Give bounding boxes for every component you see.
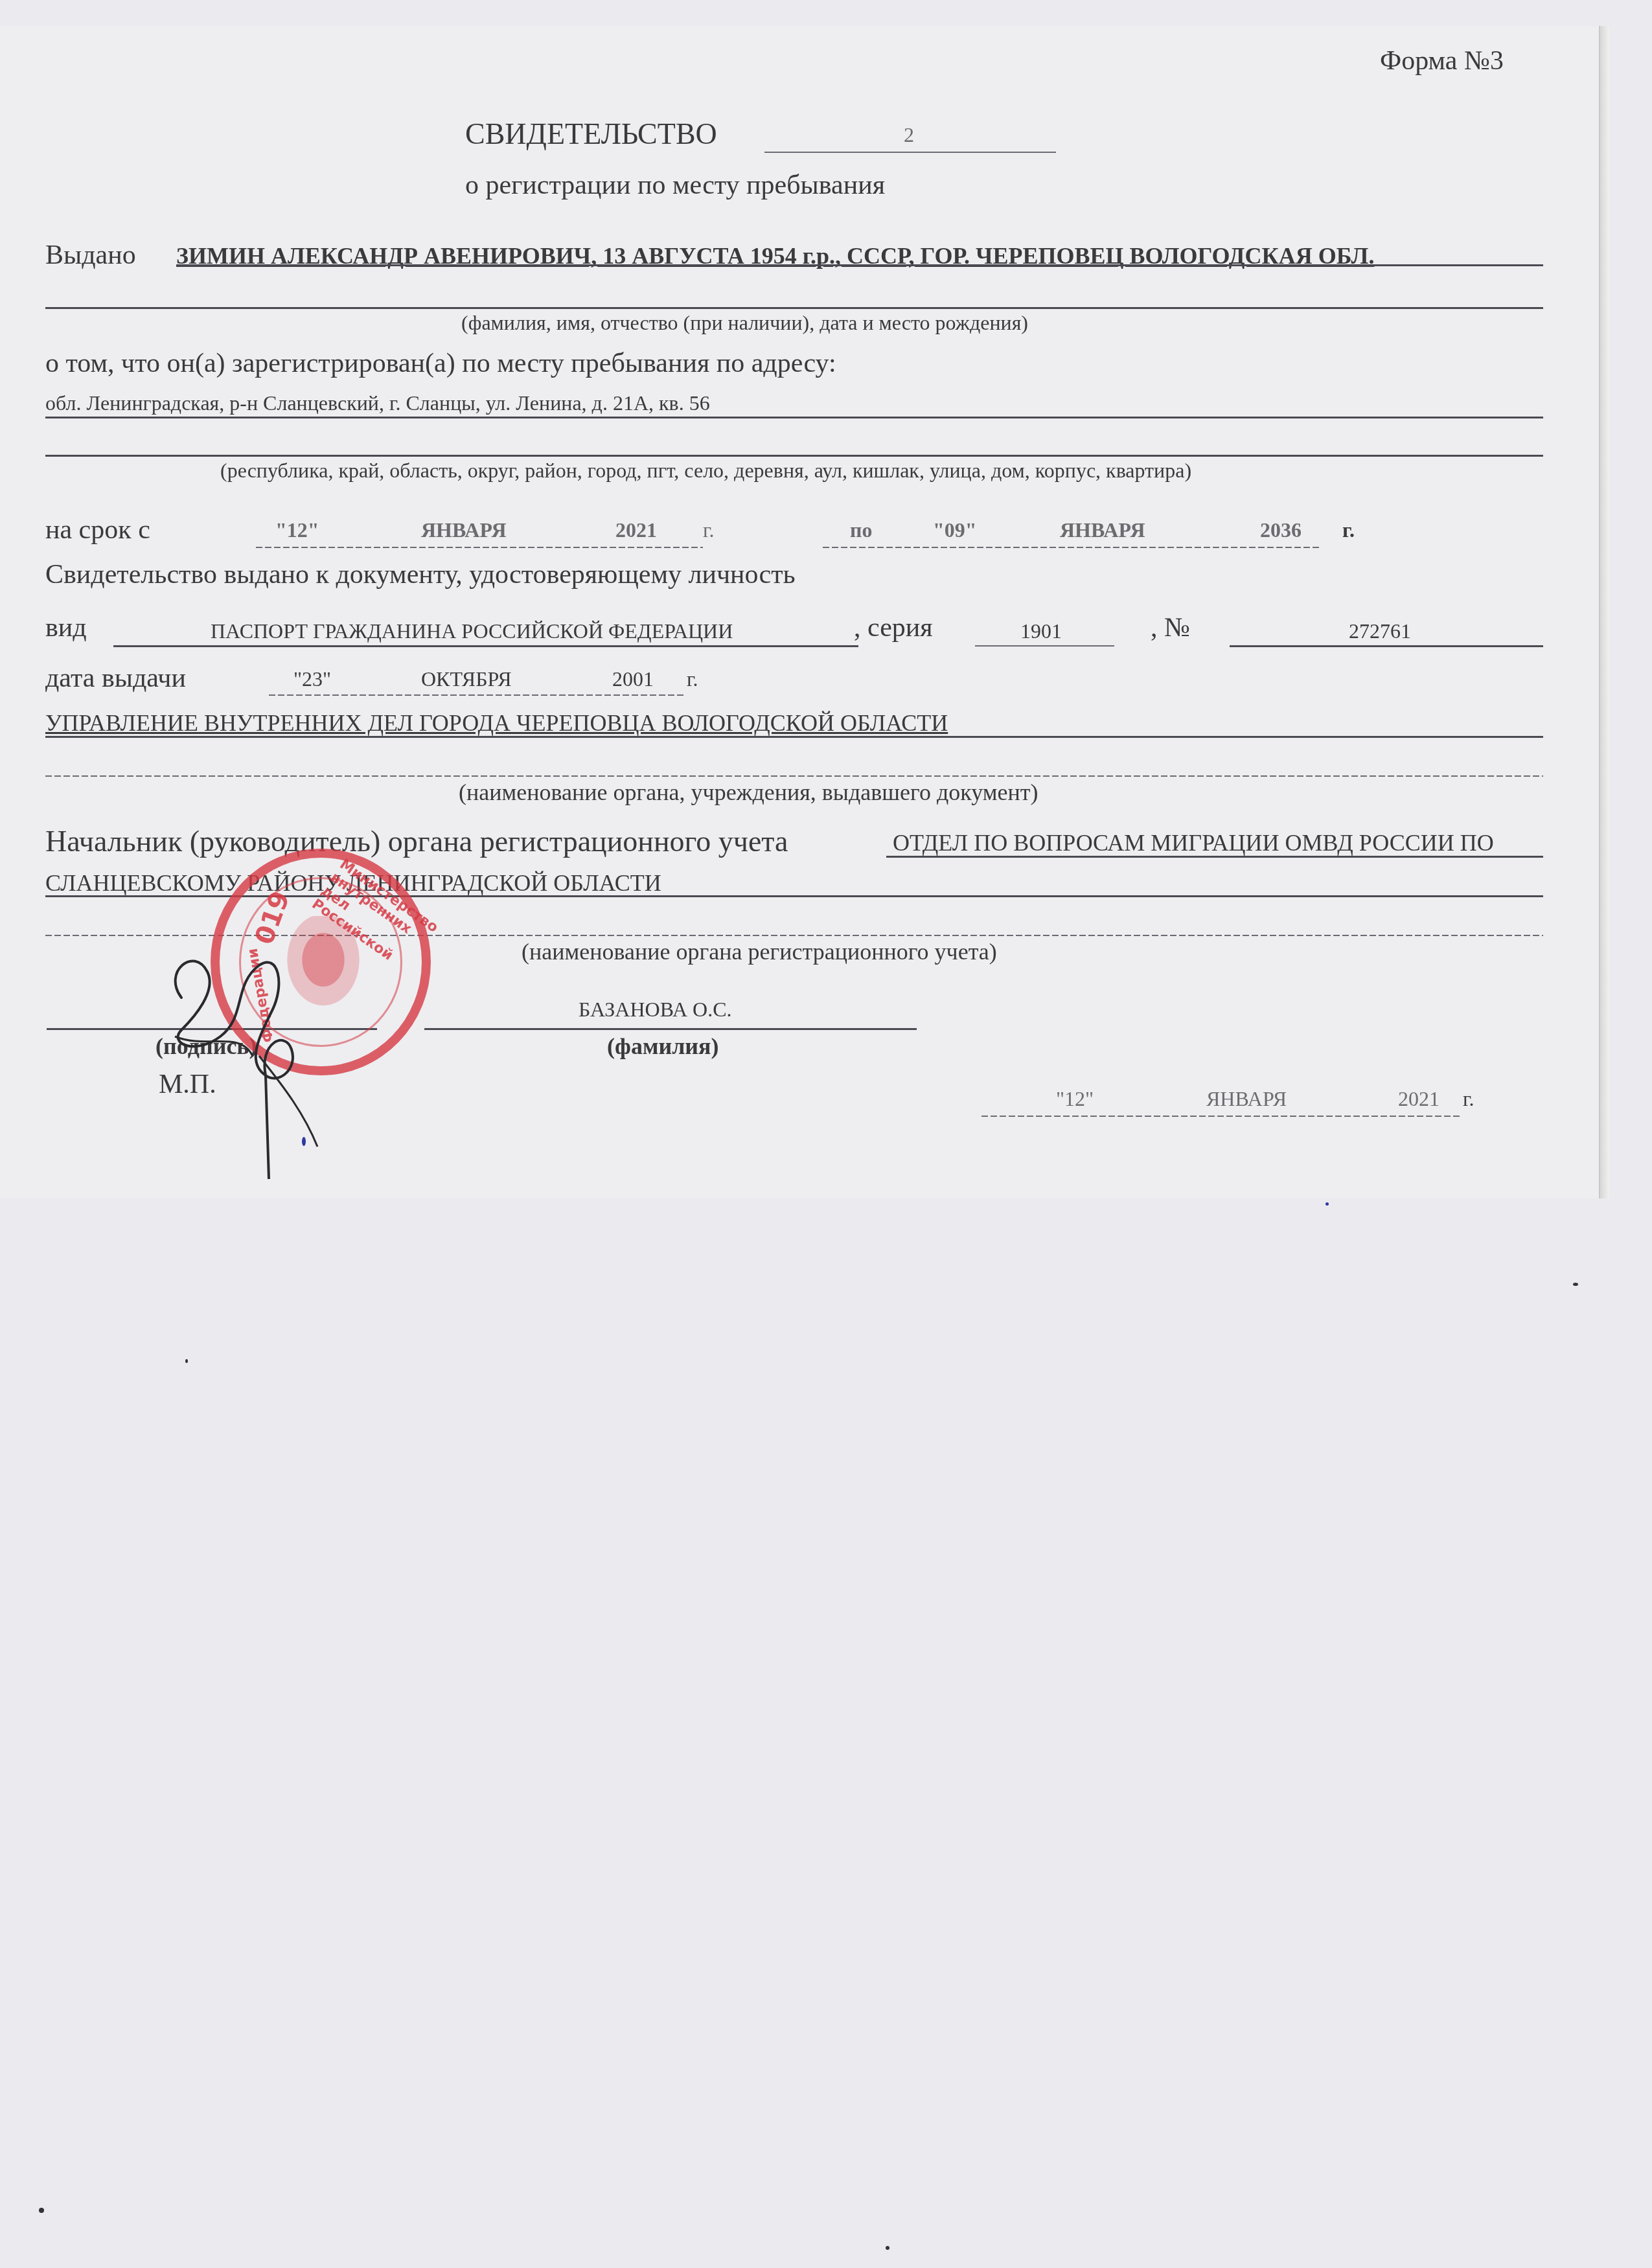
- signature-date-month: ЯНВАРЯ: [1206, 1087, 1287, 1111]
- issuer-line: [45, 736, 1543, 738]
- ink-speck: [185, 1359, 188, 1363]
- issuer-line-2: [45, 775, 1543, 777]
- term-from-month: ЯНВАРЯ: [421, 518, 507, 542]
- term-to-year-suffix: г.: [1342, 518, 1355, 542]
- term-to-month: ЯНВАРЯ: [1060, 518, 1145, 542]
- issued-to-line: [176, 264, 1543, 266]
- issued-to-label: Выдано: [45, 240, 136, 271]
- term-to-year: 2036: [1260, 518, 1302, 542]
- surname-line: [424, 1028, 917, 1030]
- certificate-number-line: [764, 152, 1056, 153]
- address-caption: (республика, край, область, округ, район…: [220, 459, 1191, 483]
- signature-date-year-suffix: г.: [1463, 1087, 1474, 1111]
- ink-speck: [39, 2208, 44, 2213]
- registration-authority-line-1: [886, 856, 1543, 858]
- issue-date-year: 2001: [612, 667, 654, 691]
- signature-date-day: "12": [1056, 1087, 1094, 1111]
- identity-doc-type-value: ПАСПОРТ ГРАЖДАНИНА РОССИЙСКОЙ ФЕДЕРАЦИИ: [211, 619, 733, 643]
- address-line-2: [45, 455, 1543, 457]
- handwritten-signature: [155, 946, 363, 1179]
- identity-doc-intro: Свидетельство выдано к документу, удосто…: [45, 559, 796, 590]
- identity-doc-series-label: , серия: [854, 612, 933, 643]
- term-to-day: "09": [933, 518, 977, 542]
- address-intro: о том, что он(а) зарегистрирован(а) по м…: [45, 348, 836, 379]
- issued-to-caption: (фамилия, имя, отчество (при наличии), д…: [461, 311, 1028, 335]
- ink-speck: [302, 1137, 306, 1146]
- identity-doc-type-line: [113, 645, 858, 647]
- term-from-year: 2021: [615, 518, 657, 542]
- issue-date-line: [269, 694, 683, 696]
- address-value: обл. Ленинградская, р-н Сланцевский, г. …: [45, 391, 710, 415]
- term-from-year-suffix: г.: [703, 518, 715, 542]
- issue-date-month: ОКТЯБРЯ: [421, 667, 512, 691]
- registration-authority-value-line1: ОТДЕЛ ПО ВОПРОСАМ МИГРАЦИИ ОМВД РОССИИ П…: [893, 829, 1494, 856]
- issue-date-label: дата выдачи: [45, 663, 186, 694]
- certificate-title: СВИДЕТЕЛЬСТВО: [465, 117, 717, 151]
- identity-doc-number-label: , №: [1151, 612, 1190, 643]
- form-number-label: Форма №3: [1380, 45, 1504, 76]
- surname-caption: (фамилия): [607, 1033, 719, 1060]
- ink-speck: [886, 2246, 889, 2250]
- issuer-value: УПРАВЛЕНИЕ ВНУТРЕННИХ ДЕЛ ГОРОДА ЧЕРЕПОВ…: [45, 709, 948, 737]
- term-to-line: [823, 547, 1322, 548]
- ink-speck: [1573, 1283, 1578, 1286]
- term-from-day: "12": [275, 518, 319, 542]
- identity-doc-number-value: 272761: [1349, 619, 1411, 643]
- issued-to-line-2: [45, 307, 1543, 309]
- address-line: [45, 417, 1543, 418]
- identity-doc-series-line: [975, 645, 1114, 647]
- issue-date-year-suffix: г.: [687, 667, 698, 691]
- registration-authority-caption: (наименование органа регистрационного уч…: [522, 938, 997, 965]
- certificate-number: 2: [904, 123, 914, 147]
- issuer-caption: (наименование органа, учреждения, выдавш…: [459, 779, 1038, 806]
- issue-date-day: "23": [293, 667, 331, 691]
- certificate-subtitle: о регистрации по месту пребывания: [465, 170, 885, 201]
- registration-authority-label: Начальник (руководитель) органа регистра…: [45, 824, 788, 858]
- identity-doc-series-value: 1901: [1020, 619, 1062, 643]
- signature-date-line: [981, 1116, 1461, 1117]
- signature-date-year: 2021: [1398, 1087, 1440, 1111]
- term-to-label: по: [850, 518, 872, 542]
- surname-value: БАЗАНОВА О.С.: [579, 998, 732, 1022]
- term-from-line: [256, 547, 703, 548]
- identity-doc-number-line: [1230, 645, 1543, 647]
- ink-speck: [1325, 1202, 1329, 1206]
- identity-doc-type-label: вид: [45, 612, 87, 643]
- page-edge-shadow: [1600, 26, 1609, 1198]
- term-label: на срок с: [45, 514, 150, 545]
